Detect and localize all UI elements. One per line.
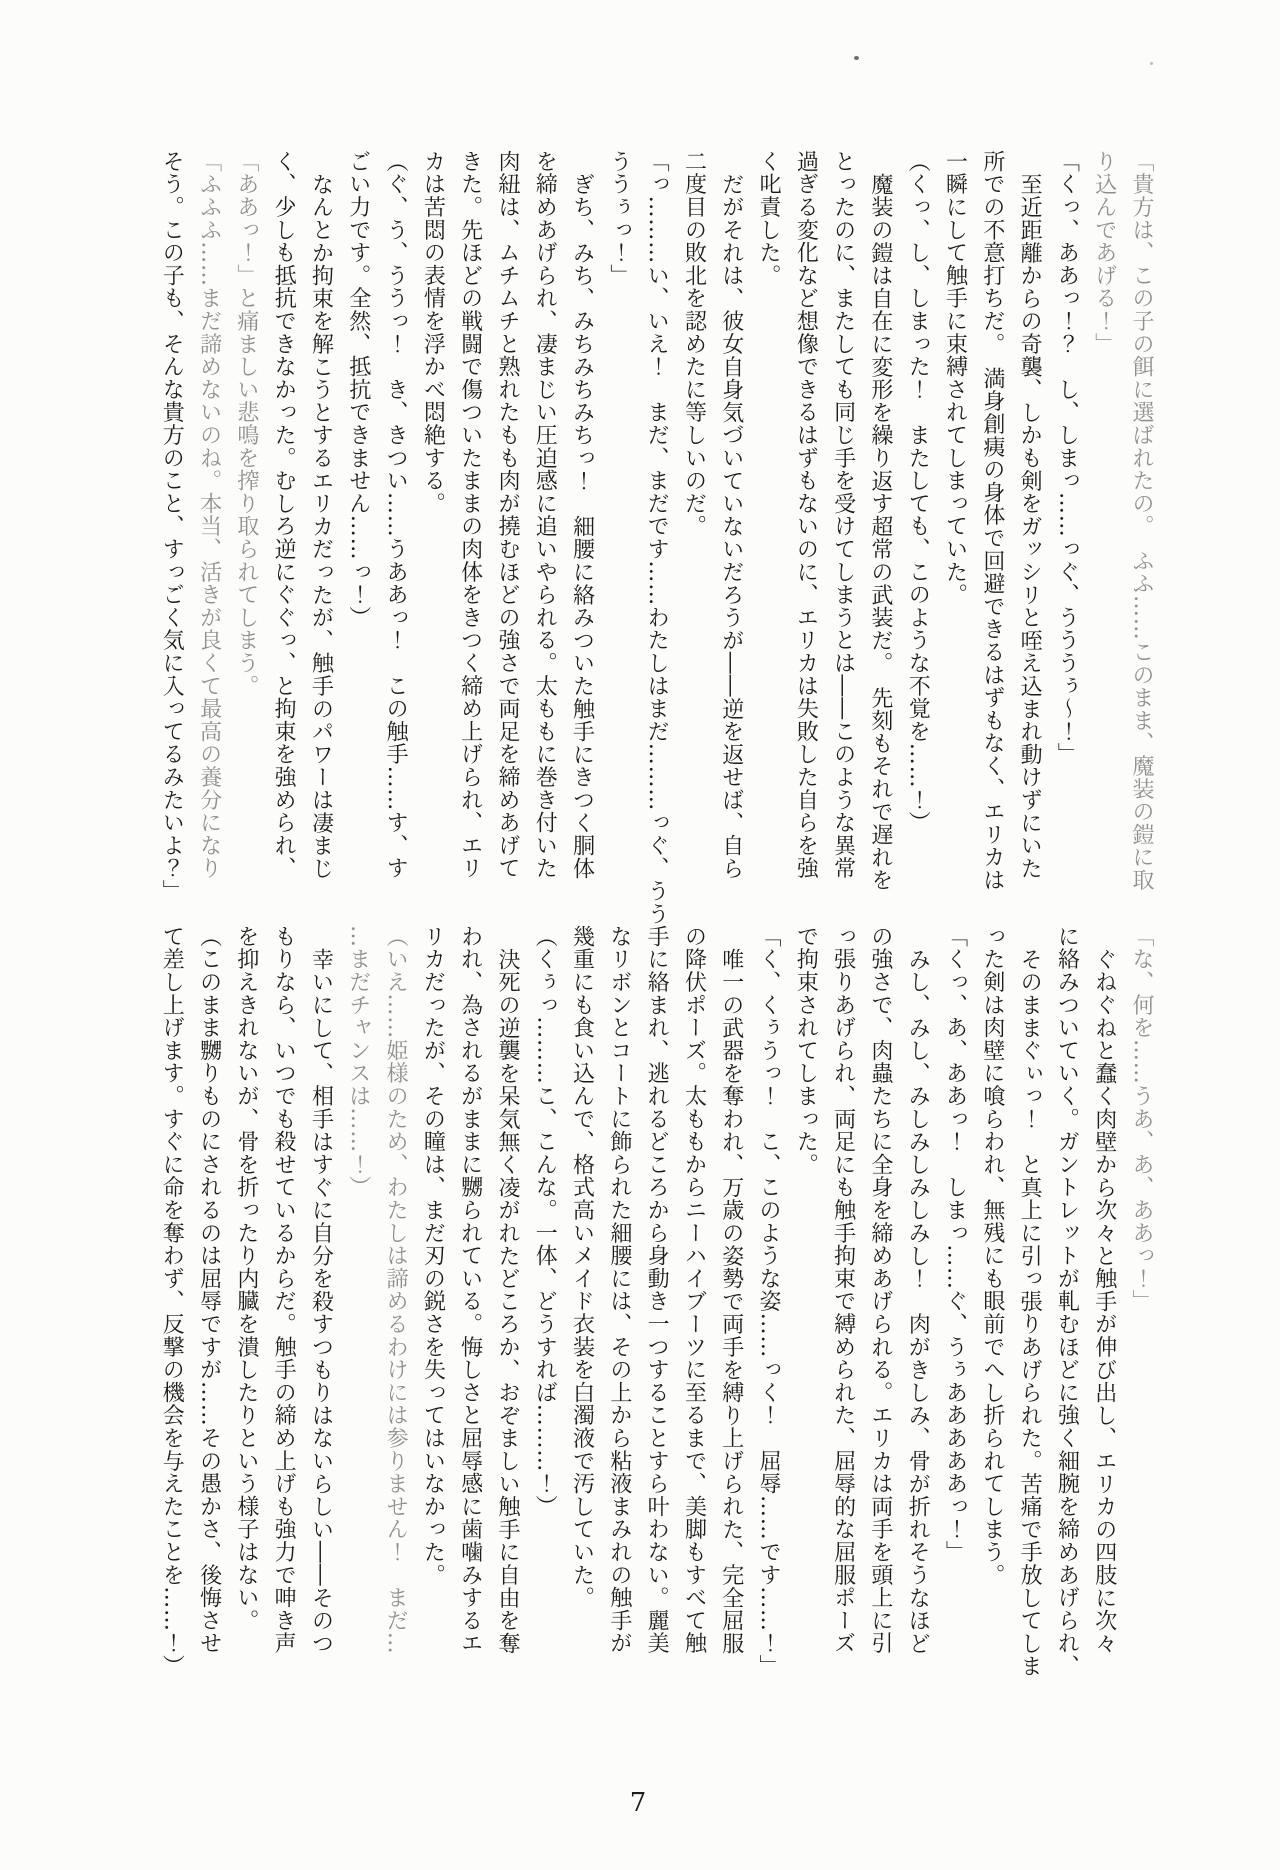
text-column: （このまま嬲りものにされるのは屈辱ですが……その愚かさ、後悔させ (190, 925, 227, 1697)
text-column: われ、為されるがままに嬲られている。悔しさと屈辱感に歯噛みするエ (451, 925, 488, 1697)
text-column: く叱責した。 (750, 150, 787, 922)
text-column: ううぅっ！」 (601, 150, 638, 922)
text-column: ごい力です。全然、抵抗できません……っ！） (339, 150, 376, 922)
text-column: で拘束されてしまった。 (787, 925, 824, 1697)
text-column: 一瞬にして触手に束縛されてしまっていた。 (936, 150, 973, 922)
text-column: 幾重にも食い込んで、格式高いメイド衣装を白濁液で汚していた。 (563, 925, 600, 1697)
text-column: 過ぎる変化など想像できるはずもないのに、エリカは失敗した自らを強 (787, 150, 824, 922)
text-column: く、少しも抵抗できなかった。むしろ逆にぐぐっ、と拘束を強められ、 (265, 150, 302, 922)
text-column: っ張りあげられ、両足にも触手拘束で縛められた、屈辱的な屈服ポーズ (824, 925, 861, 1697)
text-column: とったのに、またしても同じ手を受けてしまうとは――このような異常 (824, 150, 861, 922)
text-column: （くっ、し、しまった！ またしても、このような不覚を……！） (899, 150, 936, 922)
text-column: （いえ……姫様のため、わたしは諦めるわけには参りません！ まだ… (377, 925, 414, 1697)
text-column: 「貴方は、この子の餌に選ばれたの。 ふふ……このまま、魔装の鎧に取 (1123, 150, 1160, 922)
text-column: ぐねぐねと蠢く肉壁から次々と触手が伸び出し、エリカの四肢に次々 (1085, 925, 1122, 1697)
text-column: を締めあげられ、凄まじい圧迫感に追いやられる。太ももに巻き付いた (526, 150, 563, 922)
scan-artifact-speck (1150, 62, 1153, 65)
text-block-bottom: 「な、何を……うあ、あ、ああっ！」ぐねぐねと蠢く肉壁から次々と触手が伸び出し、エ… (153, 925, 1160, 1697)
text-column: （ぐ、う、ううっ！ き、きつい……うああっ！ この触手……す、す (377, 150, 414, 922)
text-column: …まだチャンスは……！） (339, 925, 376, 1697)
text-column: なリボンとコートに飾られた細腰には、その上から粘液まみれの触手が (601, 925, 638, 1697)
text-column: きた。先ほどの戦闘で傷ついたままの肉体をきつく締め上げられ、エリ (451, 150, 488, 922)
text-column: 至近距離からの奇襲、しかも剣をガッシリと咥え込まれ動けずにいた (1011, 150, 1048, 922)
text-column: 所での不意打ちだ。 満身創痍の身体で回避できるはずもなく、エリカは (974, 150, 1011, 922)
text-column: 「ああっ！」と痛ましい悲鳴を搾り取られてしまう。 (228, 150, 265, 922)
text-column: リカだったが、その瞳は、まだ刃の鋭さを失ってはいなかった。 (414, 925, 451, 1697)
text-column: カは苦悶の表情を浮かべ悶絶する。 (414, 150, 451, 922)
text-column: った剣は肉壁に喰らわれ、無残にも眼前でへし折られてしまう。 (974, 925, 1011, 1697)
text-column: 「く、くぅうっ！ こ、このような姿……っく！ 屈辱……です……！」 (750, 925, 787, 1697)
text-column: そう。この子も、そんな貴方のこと、すっごく気に入ってるみたいよ？」 (153, 150, 190, 922)
text-column: 手に絡まれ、逃れるどころから身動き一つすることすら叶わない。麗美 (638, 925, 675, 1697)
text-column: り込んであげる！」 (1085, 150, 1122, 922)
text-column: 決死の逆襲を呆気無く凌がれたどころか、おぞましい触手に自由を奪 (489, 925, 526, 1697)
text-column: 「ふふふ……まだ諦めないのね。本当、活きが良くて最高の養分になり (190, 150, 227, 922)
text-column: 「くっ、あ、ああっ！ しまっ……ぐ、うぅあああああっ！」 (936, 925, 973, 1697)
text-column: 二度目の敗北を認めたに等しいのだ。 (675, 150, 712, 922)
text-column: 「っ………い、いえ！ まだ、まだです……わたしはまだ………っぐ、うう (638, 150, 675, 922)
text-column: 肉紐は、ムチムチと熟れたもも肉が撓むほどの強さで両足を締めあげて (489, 150, 526, 922)
text-column: 幸いにして、相手はすぐに自分を殺すつもりはないらしい――そのつ (302, 925, 339, 1697)
text-column: の強さで、肉蟲たちに全身を締めあげられる。エリカは両手を頭上に引 (862, 925, 899, 1697)
text-column: なんとか拘束を解こうとするエリカだったが、触手のパワーは凄まじ (302, 150, 339, 922)
text-column: そのままぐぃっ！ と真上に引っ張りあげられた。苦痛で手放してしま (1011, 925, 1048, 1697)
text-column: 「な、何を……うあ、あ、ああっ！」 (1123, 925, 1160, 1697)
text-column: だがそれは、彼女自身気づいていないだろうが――逆を返せば、自ら (712, 150, 749, 922)
text-column: もりなら、いつでも殺せているからだ。触手の締め上げも強力で呻き声 (265, 925, 302, 1697)
page-number: 7 (618, 1788, 658, 1818)
text-block-top: 「貴方は、この子の餌に選ばれたの。 ふふ……このまま、魔装の鎧に取り込んであげる… (153, 150, 1160, 922)
scanned-novel-page: 「貴方は、この子の餌に選ばれたの。 ふふ……このまま、魔装の鎧に取り込んであげる… (0, 0, 1280, 1870)
text-column: 魔装の鎧は自在に変形を繰り返す超常の武装だ。 先刻もそれで遅れを (862, 150, 899, 922)
text-column: を抑えきれないが、骨を折ったり内臓を潰したりという様子はない。 (228, 925, 265, 1697)
text-column: の降伏ポーズ。太ももからニーハイブーツに至るまで、美脚もすべて触 (675, 925, 712, 1697)
text-column: 唯一の武器を奪われ、万歳の姿勢で両手を縛り上げられた、完全屈服 (712, 925, 749, 1697)
text-column: （くぅっ………こ、こんな。一体、どうすれば………！） (526, 925, 563, 1697)
text-column: みし、みし、みしみしみしみし！ 肉がきしみ、骨が折れそうなほど (899, 925, 936, 1697)
text-column: ぎち、みち、みちみちみちっ！ 細腰に絡みついた触手にきつく胴体 (563, 150, 600, 922)
text-column: に絡みついていく。ガントレットが軋むほどに強く細腕を締めあげられ、 (1048, 925, 1085, 1697)
scan-artifact-speck (854, 56, 859, 60)
text-column: 「くっ、ああっ！？ し、しまっ……っぐ、うううぅ〜！」 (1048, 150, 1085, 922)
text-column: て差し上げます。すぐに命を奪わず、反撃の機会を与えたことを……！） (153, 925, 190, 1697)
